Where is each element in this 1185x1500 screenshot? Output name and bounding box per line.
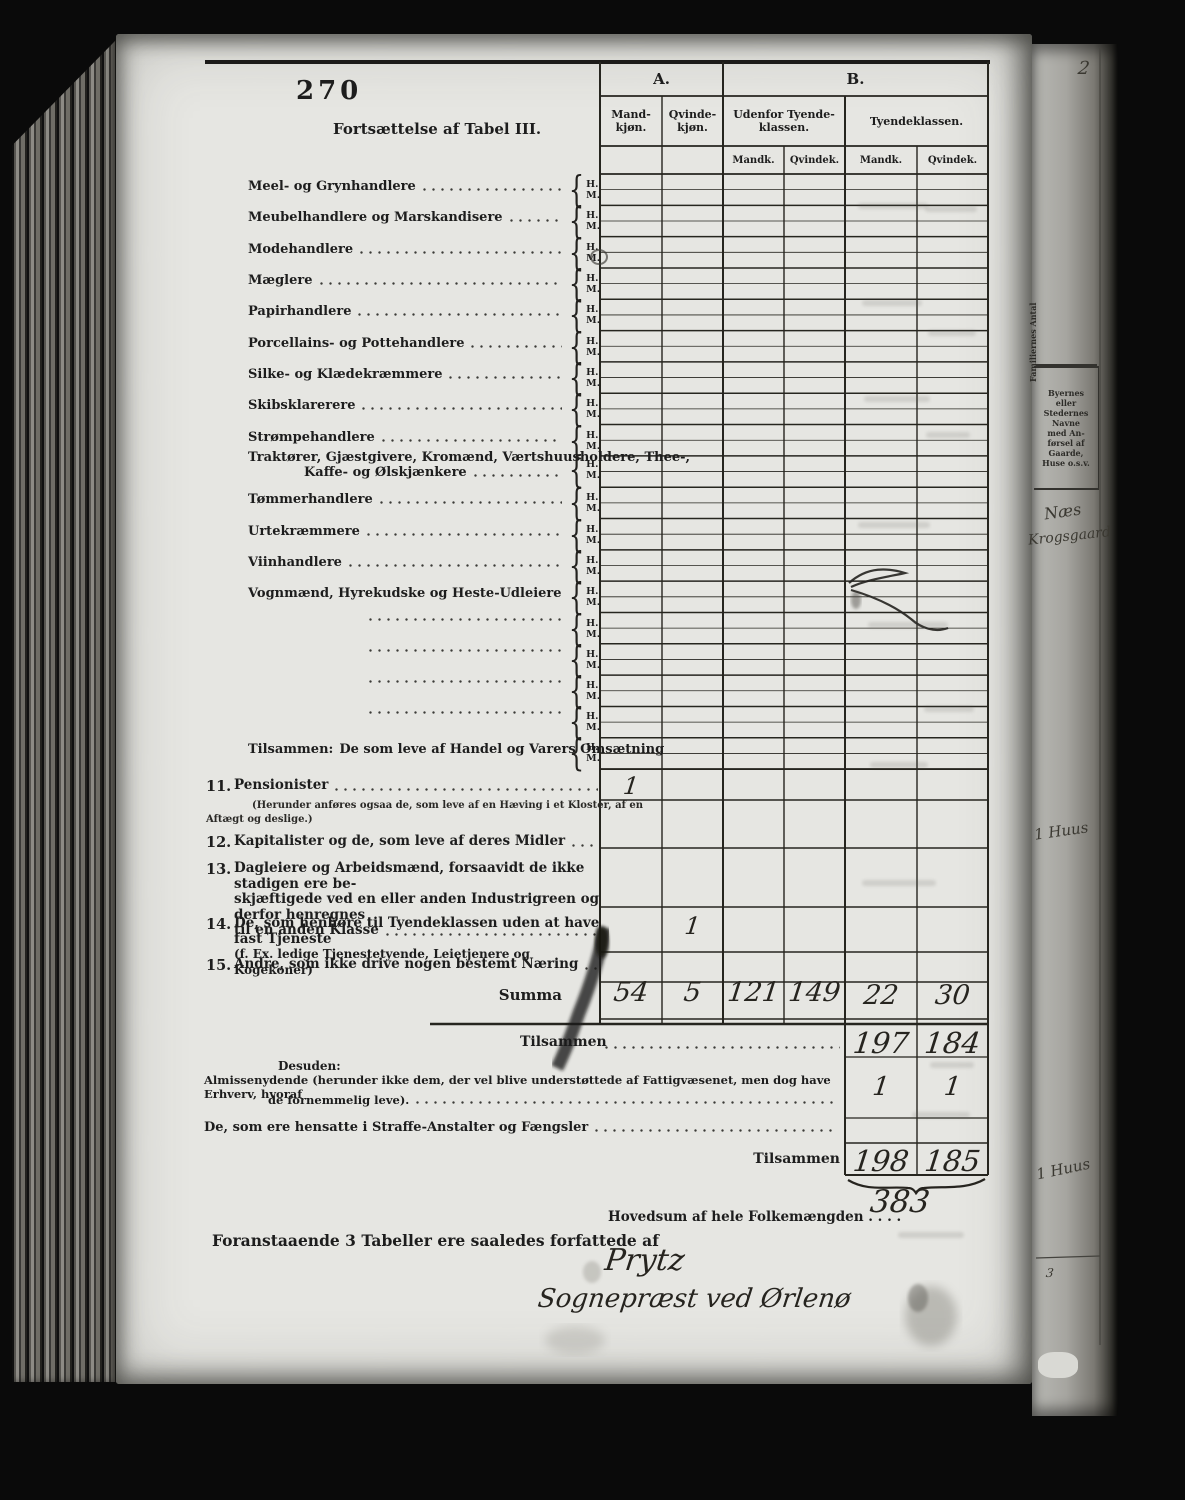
subcolumn-qvindek-2: Qvindek. bbox=[917, 148, 988, 172]
dotted-leader bbox=[420, 188, 562, 191]
dotted-leader bbox=[317, 282, 563, 285]
column-header-tyendeklassen: Tyendeklassen. bbox=[845, 98, 988, 144]
dotted-leader bbox=[357, 251, 562, 254]
trade-row: Meel- og Grynhandlere H.M. bbox=[248, 179, 600, 201]
trade-row: Mæglere H.M. bbox=[248, 273, 600, 295]
dotted-leader bbox=[355, 313, 562, 316]
column-header-mandkjon: Mand-kjøn. bbox=[603, 98, 659, 144]
bleed-through bbox=[862, 300, 922, 306]
tilsammen2-qvindek: 185 bbox=[915, 1144, 990, 1178]
bleed-through bbox=[868, 622, 948, 628]
trade-row: Vognmænd, Hyrekudske og Heste-Udleiere H… bbox=[248, 586, 600, 608]
subcolumn-qvindek-1: Qvindek. bbox=[784, 148, 845, 172]
item-11-note-line2: Aftægt og deslige.) bbox=[206, 814, 313, 825]
trade-row: Viinhandlere H.M. bbox=[248, 555, 600, 577]
dotted-leader bbox=[366, 711, 562, 714]
dotted-leader bbox=[346, 564, 562, 567]
trade-row: Skibsklarerere H.M. bbox=[248, 398, 600, 420]
trade-row-blank: H.M. bbox=[248, 680, 600, 702]
trade-row: Silke- og Klædekræmmere H.M. bbox=[248, 367, 600, 389]
trade-row: Modehandlere H.M. bbox=[248, 242, 600, 264]
bleed-through bbox=[862, 880, 936, 886]
hovedsum-label: Hovedsum af hele Folkemængden . . . . bbox=[608, 1209, 901, 1225]
trade-row-traktorer: Traktører, Gjæstgivere, Kromænd, Værtshu… bbox=[248, 450, 600, 490]
column-group-b: B. bbox=[723, 64, 988, 94]
signature: Prytz bbox=[603, 1243, 687, 1278]
dotted-leader bbox=[468, 345, 562, 348]
item-11-note-line1: (Herunder anføres ogsaa de, som leve af … bbox=[252, 800, 643, 811]
straffe-line: De, som ere hensatte i Straffe-Anstalter… bbox=[204, 1120, 840, 1135]
trade-row-label: Skibsklarerere bbox=[248, 398, 355, 413]
tilsammen-label: Tilsammen: bbox=[248, 742, 333, 757]
trade-row-label: Silke- og Klædekræmmere bbox=[248, 367, 442, 382]
bleed-through bbox=[928, 330, 976, 336]
summa-label: Summa bbox=[470, 986, 562, 1004]
trade-row-blank: H.M. bbox=[248, 711, 600, 733]
trade-row: Papirhandlere H.M. bbox=[248, 304, 600, 326]
trade-row: Porcellains- og Pottehandlere H.M. bbox=[248, 336, 600, 358]
bleed-through bbox=[898, 1232, 964, 1238]
almissenydende-line2: de fornemmelig leve). bbox=[268, 1093, 840, 1107]
dotted-leader bbox=[366, 618, 562, 621]
tilsammen1-mandk: 197 bbox=[843, 1026, 919, 1060]
trade-row: Urtekræmmere H.M. bbox=[248, 524, 600, 546]
trade-row-label: Urtekræmmere bbox=[248, 524, 360, 539]
dotted-leader bbox=[366, 649, 562, 652]
signature-role: Sognepræst ved Ørlenø bbox=[536, 1284, 852, 1314]
item-11: 11. Pensionister bbox=[206, 778, 600, 795]
trade-row-blank: H.M. bbox=[248, 618, 600, 640]
dotted-leader bbox=[582, 967, 598, 970]
dotted-leader bbox=[413, 1101, 838, 1104]
tilsammen1-qvindek: 184 bbox=[915, 1026, 990, 1060]
summa-value-qvindekjon: 5 bbox=[660, 977, 725, 1008]
trade-row: Strømpehandlere H.M. bbox=[248, 430, 600, 452]
trade-row-label: Porcellains- og Pottehandlere bbox=[248, 336, 464, 351]
footer-statement: Foranstaaende 3 Tabeller ere saaledes fo… bbox=[212, 1231, 659, 1250]
bleed-through bbox=[930, 1062, 974, 1068]
scanned-census-page: 270 Fortsættelse af Tabel III. A. B. Man… bbox=[0, 0, 1185, 1500]
trade-row-label: Mæglere bbox=[248, 273, 313, 288]
strip-note-entry3: 3 bbox=[1045, 1266, 1054, 1280]
dotted-leader bbox=[377, 501, 562, 504]
tilsammen2-label: Tilsammen bbox=[750, 1151, 840, 1167]
trade-row-label: Viinhandlere bbox=[248, 555, 342, 570]
tilsammen1-label: Tilsammen bbox=[520, 1034, 607, 1050]
dotted-leader bbox=[569, 844, 598, 847]
trade-row-tilsammen: Tilsammen:De som leve af Handel og Varer… bbox=[248, 742, 600, 764]
dotted-leader bbox=[366, 680, 562, 683]
trade-row-label: Papirhandlere bbox=[248, 304, 351, 319]
bleed-through bbox=[912, 1112, 970, 1118]
dotted-leader bbox=[359, 407, 562, 410]
column-group-a: A. bbox=[600, 64, 723, 94]
summa-value-udenfor-mandk: 121 bbox=[721, 977, 786, 1008]
brace-glyph bbox=[569, 734, 584, 771]
trade-row: Tømmerhandlere H.M. bbox=[248, 492, 600, 514]
handwritten-value-pensionister: 1 bbox=[598, 772, 663, 800]
summa-value-mandkjon: 54 bbox=[598, 977, 664, 1008]
bleed-through bbox=[924, 706, 974, 712]
strip-bright-spot bbox=[1038, 1352, 1078, 1378]
trade-row-label: Meubelhandlere og Marskandisere bbox=[248, 210, 503, 225]
item-15: 15. Andre, som ikke drive nogen bestemt … bbox=[206, 957, 600, 974]
trade-row-label: Meel- og Grynhandlere bbox=[248, 179, 416, 194]
trade-row-label: Vognmænd, Hyrekudske og Heste-Udleiere bbox=[248, 586, 562, 601]
page-number: 270 bbox=[296, 76, 362, 106]
subcolumn-mandk-2: Mandk. bbox=[845, 148, 917, 172]
column-header-qvindekjon: Qvinde-kjøn. bbox=[664, 98, 721, 144]
bleed-through bbox=[858, 203, 928, 209]
bleed-through bbox=[858, 522, 930, 528]
dotted-leader bbox=[471, 474, 562, 477]
dotted-leader bbox=[446, 376, 562, 379]
tilsammen2-mandk: 198 bbox=[843, 1144, 919, 1178]
adjacent-rotated-header: Familiernes Antal bbox=[1028, 290, 1038, 382]
dotted-leader bbox=[332, 788, 598, 791]
trade-row-label: Tømmerhandlere bbox=[248, 492, 373, 507]
dotted-leader bbox=[592, 1129, 838, 1132]
bleed-through bbox=[870, 762, 928, 768]
adjacent-column-header: Byernes eller Stedernes Navne med An- fø… bbox=[1034, 366, 1099, 490]
dotted-leader bbox=[507, 219, 562, 222]
bleed-through bbox=[926, 432, 970, 438]
trade-row-blank: H.M. bbox=[248, 649, 600, 671]
summa-value-tyende-qvindek: 30 bbox=[915, 980, 990, 1011]
row-class-h: H. bbox=[586, 179, 600, 190]
dotted-leader bbox=[364, 533, 562, 536]
row-class-m: M. bbox=[586, 190, 600, 201]
summa-value-tyende-mandk: 22 bbox=[843, 980, 919, 1011]
handwritten-value-item14: 1 bbox=[660, 912, 724, 940]
almisse-qvindek: 1 bbox=[915, 1072, 990, 1102]
subcolumn-mandk-1: Mandk. bbox=[723, 148, 784, 172]
dotted-leader bbox=[602, 1046, 840, 1049]
column-header-udenfor-tyendeklassen: Udenfor Tyende-klassen. bbox=[733, 98, 835, 144]
summa-value-udenfor-qvindek: 149 bbox=[782, 977, 847, 1008]
dotted-leader bbox=[379, 439, 562, 442]
trade-row-label: Strømpehandlere bbox=[248, 430, 375, 445]
trade-row-label: Traktører, Gjæstgivere, Kromænd, Værtshu… bbox=[248, 450, 600, 465]
page-title: Fortsættelse af Tabel III. bbox=[333, 120, 541, 138]
trade-row-label: Modehandlere bbox=[248, 242, 353, 257]
item-12: 12. Kapitalister og de, som leve af dere… bbox=[206, 834, 600, 851]
almisse-mandk: 1 bbox=[843, 1072, 919, 1102]
bleed-through bbox=[925, 206, 977, 212]
trade-row: Meubelhandlere og Marskandisere H.M. bbox=[248, 210, 600, 232]
desuden-label: Desuden: bbox=[278, 1059, 341, 1073]
bleed-through bbox=[864, 396, 930, 402]
